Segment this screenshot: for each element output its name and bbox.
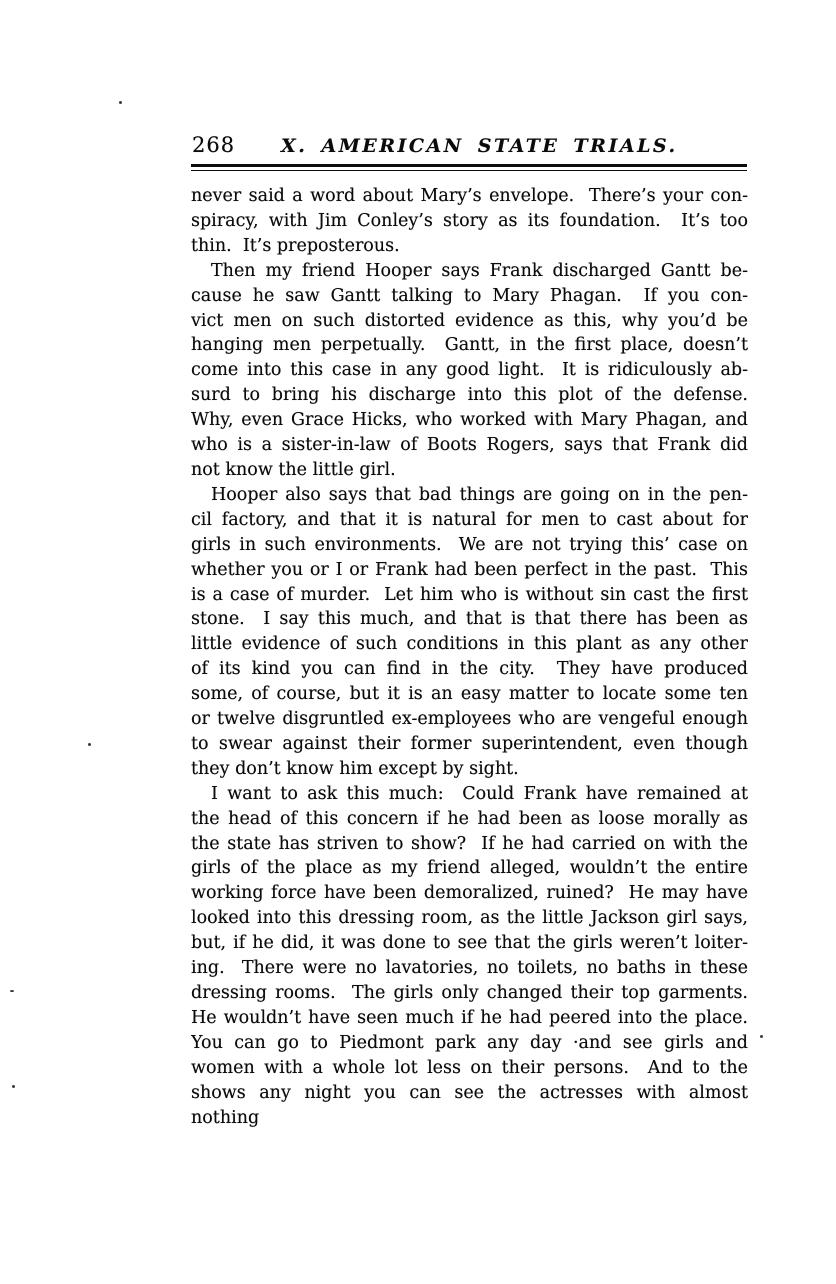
- text-line: of its kind you can find in the city. Th…: [191, 657, 748, 682]
- paragraph: never said a word about Mary’s envelope.…: [191, 184, 748, 259]
- text-line: little evidence of such conditions in th…: [191, 632, 748, 657]
- text-line: You can go to Piedmont park any day ·and…: [191, 1031, 748, 1056]
- text-line: to swear against their former superinten…: [191, 732, 748, 757]
- text-line: cil factory, and that it is natural for …: [191, 508, 748, 533]
- text-line: the state has striven to show? If he had…: [191, 832, 748, 857]
- text-line: stone. I say this much, and that is that…: [191, 607, 748, 632]
- text-line: is a case of murder. Let him who is with…: [191, 583, 748, 608]
- ink-speck: [760, 1035, 763, 1038]
- text-line: come into this case in any good light. I…: [191, 358, 748, 383]
- ink-speck: [12, 1085, 15, 1088]
- page-body: never said a word about Mary’s envelope.…: [191, 184, 748, 1130]
- text-line: hanging men perpetually. Gantt, in the f…: [191, 333, 748, 358]
- text-line: girls of the place as my friend alleged,…: [191, 856, 748, 881]
- text-line: ing. There were no lavatories, no toilet…: [191, 956, 748, 981]
- page-number: 268: [192, 133, 235, 157]
- text-line: Then my friend Hooper says Frank dischar…: [191, 259, 748, 284]
- running-title: X. AMERICAN STATE TRIALS.: [281, 135, 678, 157]
- book-page: 268 X. AMERICAN STATE TRIALS. never said…: [0, 0, 836, 1284]
- text-line: working force have been demoralized, rui…: [191, 881, 748, 906]
- text-line: women with a whole lot less on their per…: [191, 1056, 748, 1081]
- text-line: He wouldn’t have seen much if he had pee…: [191, 1006, 748, 1031]
- text-line: vict men on such distorted evidence as t…: [191, 309, 748, 334]
- text-line: looked into this dressing room, as the l…: [191, 906, 748, 931]
- text-line: Why, even Grace Hicks, who worked with M…: [191, 408, 748, 433]
- paragraph: Then my friend Hooper says Frank dischar…: [191, 259, 748, 483]
- text-line: or twelve disgruntled ex-employees who a…: [191, 707, 748, 732]
- text-line: I want to ask this much: Could Frank hav…: [191, 782, 748, 807]
- text-line: thin. It’s preposterous.: [191, 234, 748, 259]
- text-line: never said a word about Mary’s envelope.…: [191, 184, 748, 209]
- page-header: 268 X. AMERICAN STATE TRIALS.: [191, 133, 747, 161]
- text-line: but, if he did, it was done to see that …: [191, 931, 748, 956]
- paragraph: I want to ask this much: Could Frank hav…: [191, 782, 748, 1131]
- text-line: girls in such environments. We are not t…: [191, 533, 748, 558]
- text-line: dressing rooms. The girls only changed t…: [191, 981, 748, 1006]
- text-line: surd to bring his discharge into this pl…: [191, 383, 748, 408]
- ink-speck: [88, 743, 91, 746]
- ink-speck: [10, 990, 14, 992]
- header-rule: [191, 164, 747, 171]
- text-line: the head of this concern if he had been …: [191, 807, 748, 832]
- text-line: not know the little girl.: [191, 458, 748, 483]
- paragraph: Hooper also says that bad things are goi…: [191, 483, 748, 782]
- text-line: some, of course, but it is an easy matte…: [191, 682, 748, 707]
- text-line: spiracy, with Jim Conley’s story as its …: [191, 209, 748, 234]
- text-line: who is a sister-in-law of Boots Rogers, …: [191, 433, 748, 458]
- text-line: whether you or I or Frank had been perfe…: [191, 558, 748, 583]
- text-line: Hooper also says that bad things are goi…: [191, 483, 748, 508]
- text-line: they don’t know him except by sight.: [191, 757, 748, 782]
- text-line: shows any night you can see the actresse…: [191, 1081, 748, 1131]
- text-line: cause he saw Gantt talking to Mary Phaga…: [191, 284, 748, 309]
- ink-speck: [119, 101, 122, 104]
